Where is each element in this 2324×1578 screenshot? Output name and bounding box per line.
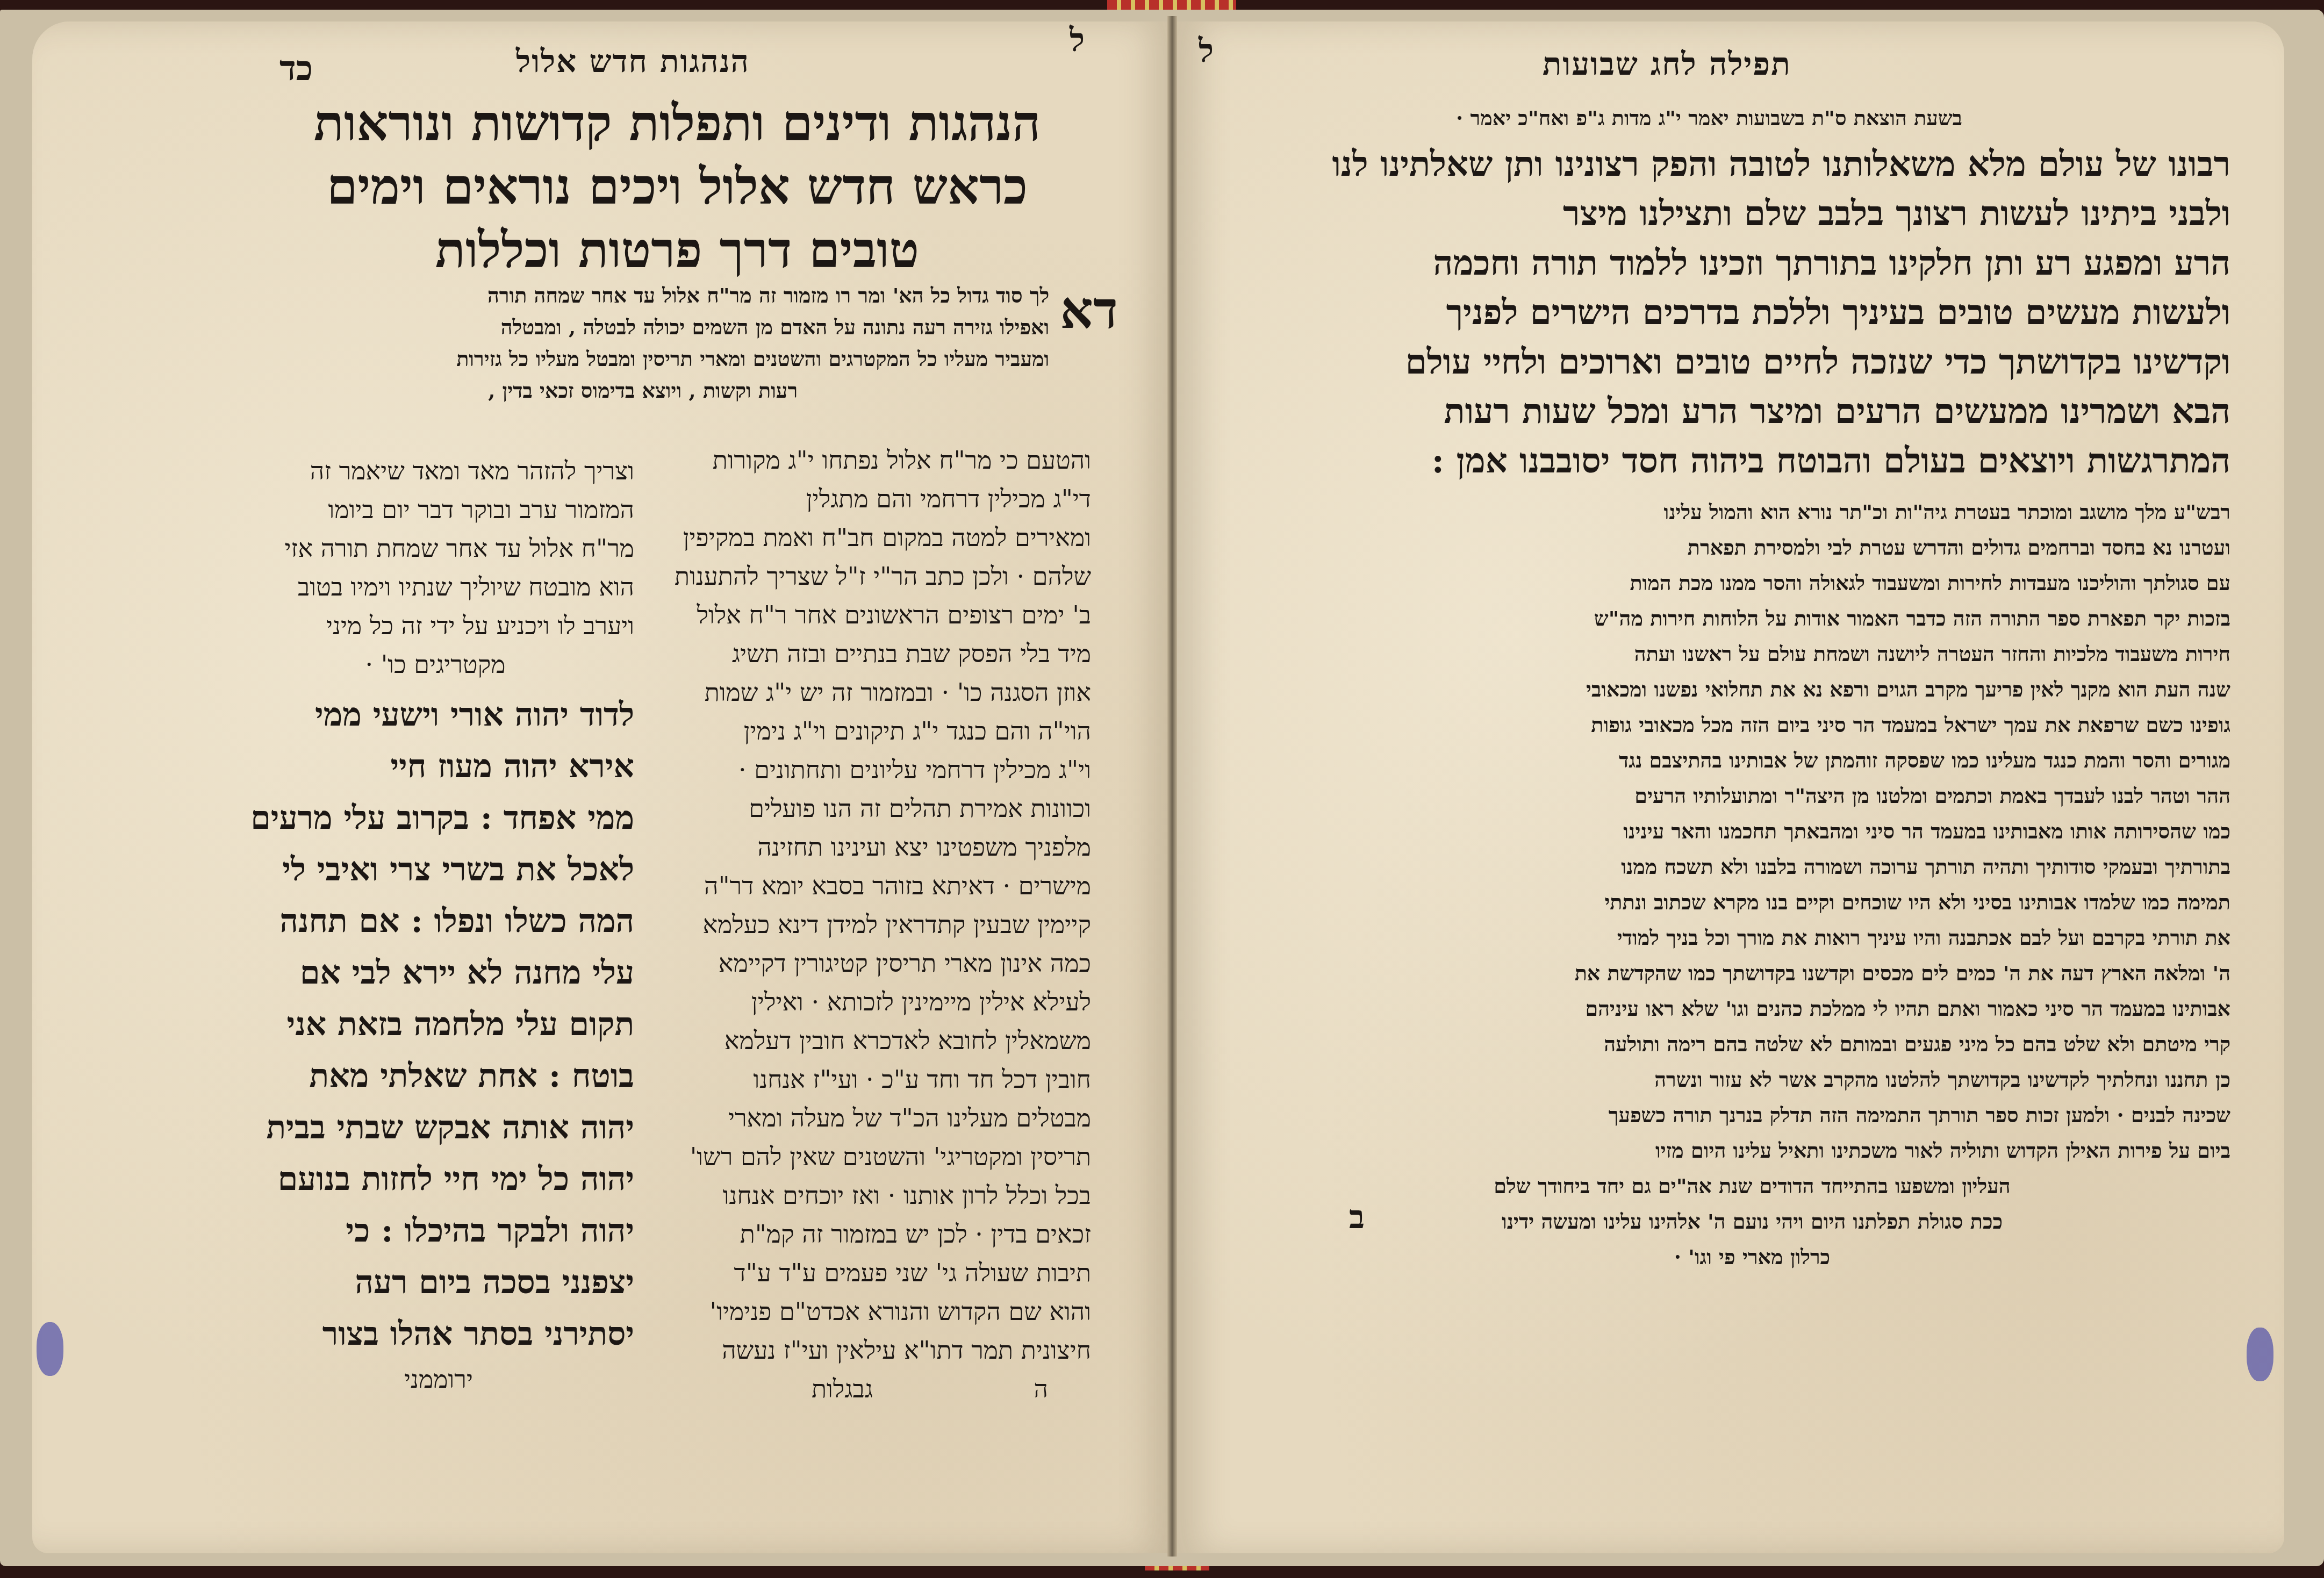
prayer-line: וקדשינו בקדושתך כדי שנזכה לחיים טובים וא…	[1274, 338, 2230, 387]
column-line: מר"ח אלול עד אחר שמחת תורה אזי	[236, 529, 634, 568]
catchword: ירוממני	[236, 1360, 634, 1398]
column-line: ומאירים למטה במקום חב"ח ואמת במקיפין	[650, 518, 1091, 557]
column-line: ב' ימים רצופים הראשונים אחר ר"ח אלול	[650, 596, 1091, 634]
psalm-line: יצפנני בסכה ביום רעה	[236, 1257, 634, 1308]
column-line: לעילא אילין מיימינין לזכותא · ואילין	[650, 982, 1091, 1021]
title-line: כראש חדש אלול ויכים נוראים וימים	[236, 155, 1118, 218]
right-page: ל תפילה לחג שבועות בשעת הוצאת ס"ת בשבועו…	[1177, 21, 2284, 1553]
psalm-line: לדוד יהוה אורי וישעי ממי	[236, 689, 634, 741]
prayer-line: ועטרנו נא בחסד וברחמים גדולים והדרש עטרת…	[1274, 530, 2230, 565]
column-line: והוא שם הקדוש והנורא אכדט"ם פנימיו'	[650, 1292, 1091, 1331]
prayer-line: ההר וטהר לבנו לעבדך באמת וכתמים ומלטנו מ…	[1274, 778, 2230, 814]
book-gutter	[1167, 16, 1177, 1557]
prayer-line: עם סגולתך והוליכנו מעבדות לחירות ומשעבוד…	[1274, 565, 2230, 601]
column-line: וכוונות אמירת תהלים זה הנו פועלים	[650, 789, 1091, 828]
intro-line: ואפילו גזירה רעה נתונה על האדם מן השמים …	[236, 311, 1049, 343]
right-signature-mark: ל	[1199, 32, 1214, 70]
left-title-block: הנהגות ודינים ותפלות קדושות ונוראות כראש…	[236, 91, 1118, 282]
ink-stain	[37, 1322, 63, 1376]
prayer-line: ביום על פירות האילן הקדוש ותוליה לאור מש…	[1274, 1133, 2230, 1168]
prayer-line: חירות משעבוד מלכיות והחזר העטרה ליושנה ו…	[1274, 636, 2230, 672]
intro-line: לך סוד גדול כל הא' ומר רו מזמור זה מר"ח …	[236, 279, 1049, 311]
right-running-head: תפילה לחג שבועות	[1543, 46, 1791, 82]
left-page-right-column: והטעם כי מר"ח אלול נפתחו י"ג מקורות די"ג…	[650, 441, 1091, 1408]
prayer-line: קרי מיטתם ולא שלט בהם כל מיני פגעים ובמו…	[1274, 1027, 2230, 1062]
column-line: זכאים בדין · לכן יש במזמור זה קמ"ת	[650, 1215, 1091, 1253]
signature-letter: ה	[1034, 1369, 1048, 1408]
intro-line: רעות וקשות , ויוצא בדימוס זכאי בדין ,	[236, 375, 1049, 406]
ink-stain	[2247, 1328, 2273, 1381]
column-line: מקטריגים כו' ·	[236, 645, 634, 684]
prayer-line: כן תחננו ונחלתיך לקדשינו בקדושתך להלטנו …	[1274, 1062, 2230, 1098]
column-line: שלהם · ולכן כתב הר"י ז"ל שצריך להתענות	[650, 557, 1091, 596]
column-line: חיצונית תמר דתו"א עילאין ועי"ז נעשה	[650, 1331, 1091, 1369]
column-line: וצריך להזהר מאד ומאד שיאמר זה	[236, 451, 634, 490]
column-line: הוא מובטח שיוליך שנתיו וימיו בטוב	[236, 568, 634, 606]
signature-letter: ב	[1349, 1199, 1365, 1236]
prayer-line: גופינו כשם שרפאת את עמך ישראל במעמד הר ס…	[1274, 707, 2230, 743]
intro-paragraph: דא לך סוד גדול כל הא' ומר רו מזמור זה מר…	[236, 279, 1118, 406]
column-line: די"ג מכילין דרחמי והם מתגלין	[650, 479, 1091, 518]
prayer-line: בתורתיך ובעמקי סודותיך ותהיה תורתך ערוכה…	[1274, 849, 2230, 885]
column-line: מלפניך משפטינו יצא ועינינו תחזינה	[650, 828, 1091, 866]
psalm-line: המה כשלו ונפלו : אם תחנה	[236, 895, 634, 947]
psalm-line: יסתירני בסתר אהלו בצור	[236, 1308, 634, 1360]
column-line: מבטלים מעלינו הכ"ד של מעלה ומארי	[650, 1099, 1091, 1137]
prayer-line: ולעשות מעשים טובים בעיניך וללכת בדרכים ה…	[1274, 288, 2230, 338]
prayer-line: את תורתי בקרבם ועל לבם אכתבנה והיו עיניך…	[1274, 920, 2230, 956]
psalm-27: לדוד יהוה אורי וישעי ממי אירא יהוה מעוז …	[236, 689, 634, 1360]
prayer-line: רבונו של עולם מלא משאלותנו לטובה והפק רצ…	[1274, 140, 2230, 189]
prayer-closing-line: כרלון מארי פי וגו' ·	[1274, 1239, 2230, 1275]
psalm-line: בוטח : אחת שאלתי מאת	[236, 1050, 634, 1102]
column-line: תיבות שעולה גי' שני פעמים ע"ד ע"ד	[650, 1253, 1091, 1292]
left-page-left-column: וצריך להזהר מאד ומאד שיאמר זה המזמור ערב…	[236, 451, 634, 1398]
psalm-line: אירא יהוה מעוז חיי	[236, 741, 634, 792]
prayer-line: בזכות יקר תפארת ספר התורה הזה כדבר האמור…	[1274, 601, 2230, 636]
psalm-line: תקום עלי מלחמה בזאת אני	[236, 999, 634, 1050]
open-book-spread: הנהגות חדש אלול כד ל הנהגות ודינים ותפלו…	[0, 0, 2324, 1578]
column-line: וי"ג מכילין דרחמי עליונים ותחתונים ·	[650, 750, 1091, 789]
psalm-line: עלי מחנה לא יירא לבי אם	[236, 947, 634, 999]
prayer-line: הבא ושמרינו ממעשים הרעים ומיצר הרע ומכל …	[1274, 387, 2230, 436]
column-line: חובין דכל חד וחד ע"כ · ועי"ז אנחנו	[650, 1060, 1091, 1099]
prayer-melekh-musgav: רבש"ע מלך מושגב ומוכתר בעטרת גיה"ות וכ"ת…	[1274, 494, 2230, 1275]
prayer-line: רבש"ע מלך מושגב ומוכתר בעטרת גיה"ות וכ"ת…	[1274, 494, 2230, 530]
column-line: משמאלין לחובא לאדכרא חובין דעלמא	[650, 1021, 1091, 1060]
column-line: המזמור ערב ובוקר דבר יום ביומו	[236, 490, 634, 529]
prayer-closing-line: ככת סגולת תפלתנו היום ויהי נועם ה' אלהינ…	[1274, 1204, 2230, 1239]
left-running-head: הנהגות חדש אלול	[516, 43, 750, 80]
column-line: בכל וכלל לרון אותנו · ואז יוכחים אנחנו	[650, 1176, 1091, 1215]
column-line: כמה אינון מארי תריסין קטיגורין דקיימא	[650, 944, 1091, 982]
rubric-instruction: בשעת הוצאת ס"ת בשבועות יאמר י"ג מדות ג"פ…	[1360, 102, 2058, 134]
psalm-line: יהוה כל ימי חיי לחזות בנועם	[236, 1153, 634, 1205]
prayer-line: שכינה לבנים · ולמען זכות ספר תורתך התמימ…	[1274, 1098, 2230, 1133]
prayer-line: ה' ומלאה הארץ דעה את ה' כמים לים מכסים ו…	[1274, 956, 2230, 991]
left-signature-mark: ל	[1070, 21, 1085, 59]
column-line: מישרים · דאיתא בזוהר בסבא יומא דר"ה	[650, 866, 1091, 905]
prayer-line: הרע ומפגע רע ותן חלקינו בתורתך וזכינו לל…	[1274, 239, 2230, 288]
column-line: תריסין ומקטריגי' והשטנים שאין להם רשו'	[650, 1137, 1091, 1176]
drop-cap: דא	[1060, 279, 1118, 406]
column-line: קיימין שבעין קתדראין למידן דינא כעלמא	[650, 905, 1091, 944]
psalm-line: יהוה ולבקר בהיכלו : כי	[236, 1205, 634, 1257]
left-folio-number: כד	[279, 48, 313, 89]
prayer-line: תמימה כמו שלמדו אבותינו בסיני ולא היו שו…	[1274, 885, 2230, 920]
catchword: גבגלות	[812, 1369, 873, 1408]
column-line: ויערב לו ויכניע על ידי זה כל מיני	[236, 606, 634, 645]
prayer-ribono-shel-olam: רבונו של עולם מלא משאלותנו לטובה והפק רצ…	[1274, 140, 2230, 486]
prayer-line: מגורים והסר והמת כנגד מעלינו כמו שפסקה ז…	[1274, 743, 2230, 778]
title-line: טובים דרך פרטות וכללות	[236, 218, 1118, 282]
prayer-line: אבותינו במעמד הר סיני כאמור ואתם תהיו לי…	[1274, 991, 2230, 1027]
title-line: הנהגות ודינים ותפלות קדושות ונוראות	[236, 91, 1118, 155]
prayer-line: שנה העת הוא מקנך לאין פריעך מקרב הגוים ו…	[1274, 672, 2230, 707]
prayer-line: כמו שהסירותה אותו מאבותינו במעמד הר סיני…	[1274, 814, 2230, 849]
column-line: הוי"ה והם כנגד י"ג תיקונים וי"ג נימין	[650, 712, 1091, 750]
psalm-line: ממי אפחד : בקרוב עלי מרעים	[236, 792, 634, 844]
prayer-closing-line: העליון ומשפעו בהתייחד הדודים שנת אה"ים ג…	[1274, 1168, 2230, 1204]
psalm-line: לאכל את בשרי צרי ואיבי לי	[236, 844, 634, 895]
prayer-line: ולבני ביתינו לעשות רצונך בלבב שלם ותצילנ…	[1274, 189, 2230, 239]
column-line: אוזן הסגנה כו' · ובמזמור זה יש י"ג שמות	[650, 673, 1091, 712]
prayer-line: המתרגשות ויוצאים בעולם והבוטח ביהוה חסד …	[1274, 436, 2230, 486]
column-line: מיד בלי הפסק שבת בנתיים ובזה תשיג	[650, 634, 1091, 673]
intro-line: ומעביר מעליו כל המקטרגים והשטנים ומארי ת…	[236, 343, 1049, 375]
psalm-line: יהוה אותה אבקש שבתי בבית	[236, 1102, 634, 1153]
left-page: הנהגות חדש אלול כד ל הנהגות ודינים ותפלו…	[32, 21, 1172, 1553]
column-line: והטעם כי מר"ח אלול נפתחו י"ג מקורות	[650, 441, 1091, 479]
